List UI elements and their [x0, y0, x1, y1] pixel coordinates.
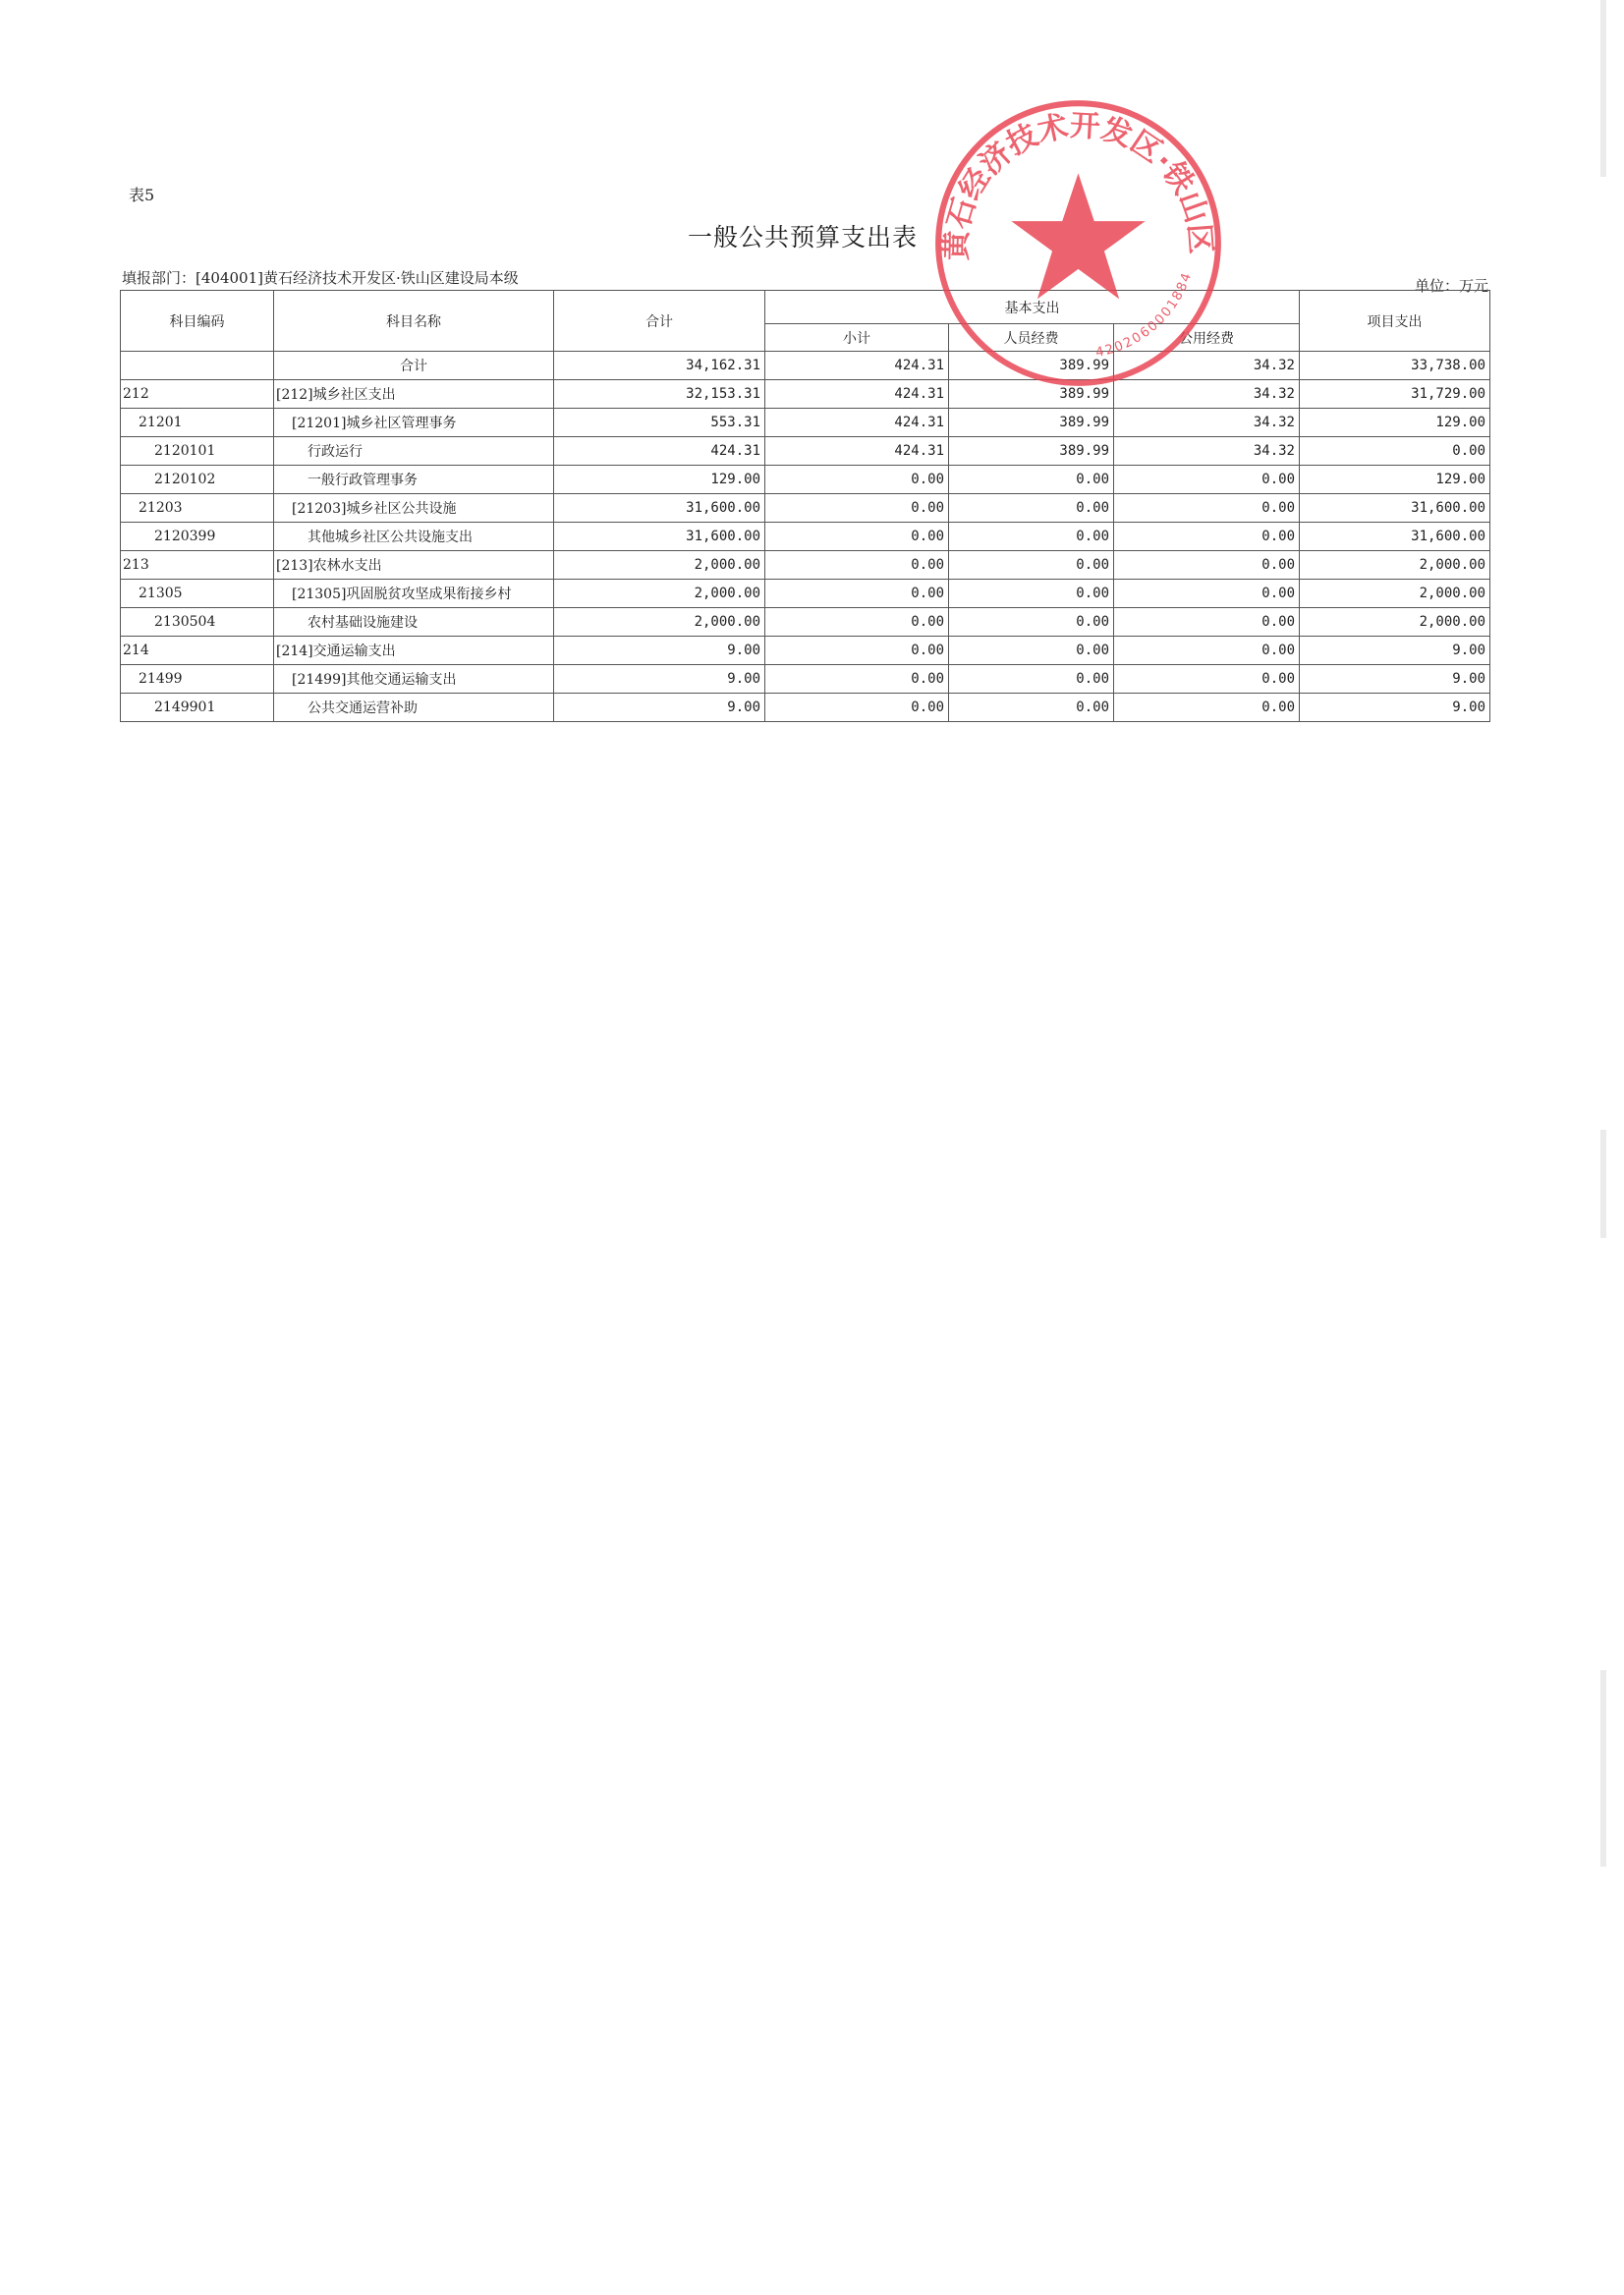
total-cell: 2,000.00 — [554, 580, 765, 608]
project-cell: 31,600.00 — [1300, 523, 1490, 551]
subtotal-cell: 0.00 — [765, 637, 949, 665]
public-cell: 0.00 — [1114, 523, 1300, 551]
department-line: 填报部门：[404001]黄石经济技术开发区·铁山区建设局本级 — [122, 267, 519, 288]
project-cell: 31,600.00 — [1300, 494, 1490, 523]
name-cell: [21499]其他交通运输支出 — [274, 665, 554, 694]
code-cell: 2120101 — [121, 437, 274, 466]
table-body: 合计34,162.31424.31389.9934.3233,738.00212… — [121, 352, 1490, 722]
total-cell: 553.31 — [554, 409, 765, 437]
header-total: 合计 — [554, 291, 765, 352]
name-cell: [214]交通运输支出 — [274, 637, 554, 665]
public-cell: 0.00 — [1114, 580, 1300, 608]
total-cell: 129.00 — [554, 466, 765, 494]
subtotal-cell: 0.00 — [765, 580, 949, 608]
public-cell: 0.00 — [1114, 494, 1300, 523]
project-cell: 31,729.00 — [1300, 380, 1490, 409]
total-cell: 31,600.00 — [554, 494, 765, 523]
subtotal-cell: 424.31 — [765, 380, 949, 409]
table-row: 2130504农村基础设施建设2,000.000.000.000.002,000… — [121, 608, 1490, 637]
table-row: 212[212]城乡社区支出32,153.31424.31389.9934.32… — [121, 380, 1490, 409]
total-cell: 9.00 — [554, 637, 765, 665]
table-row: 214[214]交通运输支出9.000.000.000.009.00 — [121, 637, 1490, 665]
code-cell: 2120399 — [121, 523, 274, 551]
svg-text:黄石经济技术开发区·铁山区建设局: 黄石经济技术开发区·铁山区建设局 — [928, 93, 1217, 261]
total-cell: 32,153.31 — [554, 380, 765, 409]
public-cell: 0.00 — [1114, 665, 1300, 694]
name-cell: 行政运行 — [274, 437, 554, 466]
public-cell: 0.00 — [1114, 637, 1300, 665]
table-row: 2120399其他城乡社区公共设施支出31,600.000.000.000.00… — [121, 523, 1490, 551]
table-row: 21203[21203]城乡社区公共设施31,600.000.000.000.0… — [121, 494, 1490, 523]
subtotal-cell: 0.00 — [765, 608, 949, 637]
header-project: 项目支出 — [1300, 291, 1490, 352]
table-row: 21499[21499]其他交通运输支出9.000.000.000.009.00 — [121, 665, 1490, 694]
table-row: 合计34,162.31424.31389.9934.3233,738.00 — [121, 352, 1490, 380]
header-personnel: 人员经费 — [949, 324, 1114, 352]
personnel-cell: 389.99 — [949, 409, 1114, 437]
total-cell: 2,000.00 — [554, 608, 765, 637]
personnel-cell: 0.00 — [949, 494, 1114, 523]
code-cell: 212 — [121, 380, 274, 409]
code-cell — [121, 352, 274, 380]
project-cell: 2,000.00 — [1300, 608, 1490, 637]
code-cell: 2120102 — [121, 466, 274, 494]
project-cell: 2,000.00 — [1300, 580, 1490, 608]
subtotal-cell: 0.00 — [765, 665, 949, 694]
header-name: 科目名称 — [274, 291, 554, 352]
name-cell: 公共交通运营补助 — [274, 694, 554, 722]
header-subtotal: 小计 — [765, 324, 949, 352]
star-icon — [1011, 173, 1145, 299]
subtotal-cell: 424.31 — [765, 352, 949, 380]
total-cell: 34,162.31 — [554, 352, 765, 380]
name-cell: 一般行政管理事务 — [274, 466, 554, 494]
public-cell: 34.32 — [1114, 352, 1300, 380]
public-cell: 34.32 — [1114, 437, 1300, 466]
table-row: 21201[21201]城乡社区管理事务553.31424.31389.9934… — [121, 409, 1490, 437]
public-cell: 0.00 — [1114, 608, 1300, 637]
total-cell: 9.00 — [554, 665, 765, 694]
total-cell: 2,000.00 — [554, 551, 765, 580]
code-cell: 21305 — [121, 580, 274, 608]
code-cell: 2149901 — [121, 694, 274, 722]
public-cell: 34.32 — [1114, 380, 1300, 409]
subtotal-cell: 0.00 — [765, 523, 949, 551]
project-cell: 0.00 — [1300, 437, 1490, 466]
project-cell: 33,738.00 — [1300, 352, 1490, 380]
project-cell: 9.00 — [1300, 637, 1490, 665]
code-cell: 21499 — [121, 665, 274, 694]
personnel-cell: 389.99 — [949, 437, 1114, 466]
public-cell: 0.00 — [1114, 466, 1300, 494]
public-cell: 0.00 — [1114, 551, 1300, 580]
project-cell: 129.00 — [1300, 409, 1490, 437]
subtotal-cell: 424.31 — [765, 409, 949, 437]
personnel-cell: 389.99 — [949, 352, 1114, 380]
name-cell: [21201]城乡社区管理事务 — [274, 409, 554, 437]
page-title: 一般公共预算支出表 — [688, 218, 918, 253]
subtotal-cell: 0.00 — [765, 466, 949, 494]
project-cell: 2,000.00 — [1300, 551, 1490, 580]
subtotal-cell: 0.00 — [765, 494, 949, 523]
personnel-cell: 389.99 — [949, 380, 1114, 409]
code-cell: 2130504 — [121, 608, 274, 637]
name-cell: 其他城乡社区公共设施支出 — [274, 523, 554, 551]
table-label: 表5 — [129, 183, 154, 205]
total-cell: 424.31 — [554, 437, 765, 466]
subtotal-cell: 0.00 — [765, 551, 949, 580]
public-cell: 34.32 — [1114, 409, 1300, 437]
table-row: 2120101行政运行424.31424.31389.9934.320.00 — [121, 437, 1490, 466]
code-cell: 213 — [121, 551, 274, 580]
code-cell: 21203 — [121, 494, 274, 523]
project-cell: 9.00 — [1300, 694, 1490, 722]
scan-artifact — [1600, 1130, 1606, 1238]
name-cell: [21305]巩固脱贫攻坚成果衔接乡村 — [274, 580, 554, 608]
table-row: 21305[21305]巩固脱贫攻坚成果衔接乡村2,000.000.000.00… — [121, 580, 1490, 608]
project-cell: 9.00 — [1300, 665, 1490, 694]
code-cell: 214 — [121, 637, 274, 665]
name-cell: [21203]城乡社区公共设施 — [274, 494, 554, 523]
subtotal-cell: 0.00 — [765, 694, 949, 722]
code-cell: 21201 — [121, 409, 274, 437]
personnel-cell: 0.00 — [949, 694, 1114, 722]
personnel-cell: 0.00 — [949, 637, 1114, 665]
personnel-cell: 0.00 — [949, 523, 1114, 551]
total-cell: 9.00 — [554, 694, 765, 722]
header-public: 公用经费 — [1114, 324, 1300, 352]
name-cell: 农村基础设施建设 — [274, 608, 554, 637]
subtotal-cell: 424.31 — [765, 437, 949, 466]
header-code: 科目编码 — [121, 291, 274, 352]
public-cell: 0.00 — [1114, 694, 1300, 722]
personnel-cell: 0.00 — [949, 466, 1114, 494]
personnel-cell: 0.00 — [949, 608, 1114, 637]
personnel-cell: 0.00 — [949, 580, 1114, 608]
total-cell: 31,600.00 — [554, 523, 765, 551]
scan-artifact — [1600, 0, 1606, 177]
personnel-cell: 0.00 — [949, 551, 1114, 580]
table-row: 2149901公共交通运营补助9.000.000.000.009.00 — [121, 694, 1490, 722]
name-cell: 合计 — [274, 352, 554, 380]
scan-artifact — [1600, 1670, 1606, 1867]
personnel-cell: 0.00 — [949, 665, 1114, 694]
header-basic: 基本支出 — [765, 291, 1300, 324]
table-row: 2120102一般行政管理事务129.000.000.000.00129.00 — [121, 466, 1490, 494]
name-cell: [212]城乡社区支出 — [274, 380, 554, 409]
project-cell: 129.00 — [1300, 466, 1490, 494]
name-cell: [213]农林水支出 — [274, 551, 554, 580]
budget-expenditure-table: 科目编码 科目名称 合计 基本支出 项目支出 小计 人员经费 公用经费 合计34… — [120, 290, 1490, 722]
table-row: 213[213]农林水支出2,000.000.000.000.002,000.0… — [121, 551, 1490, 580]
